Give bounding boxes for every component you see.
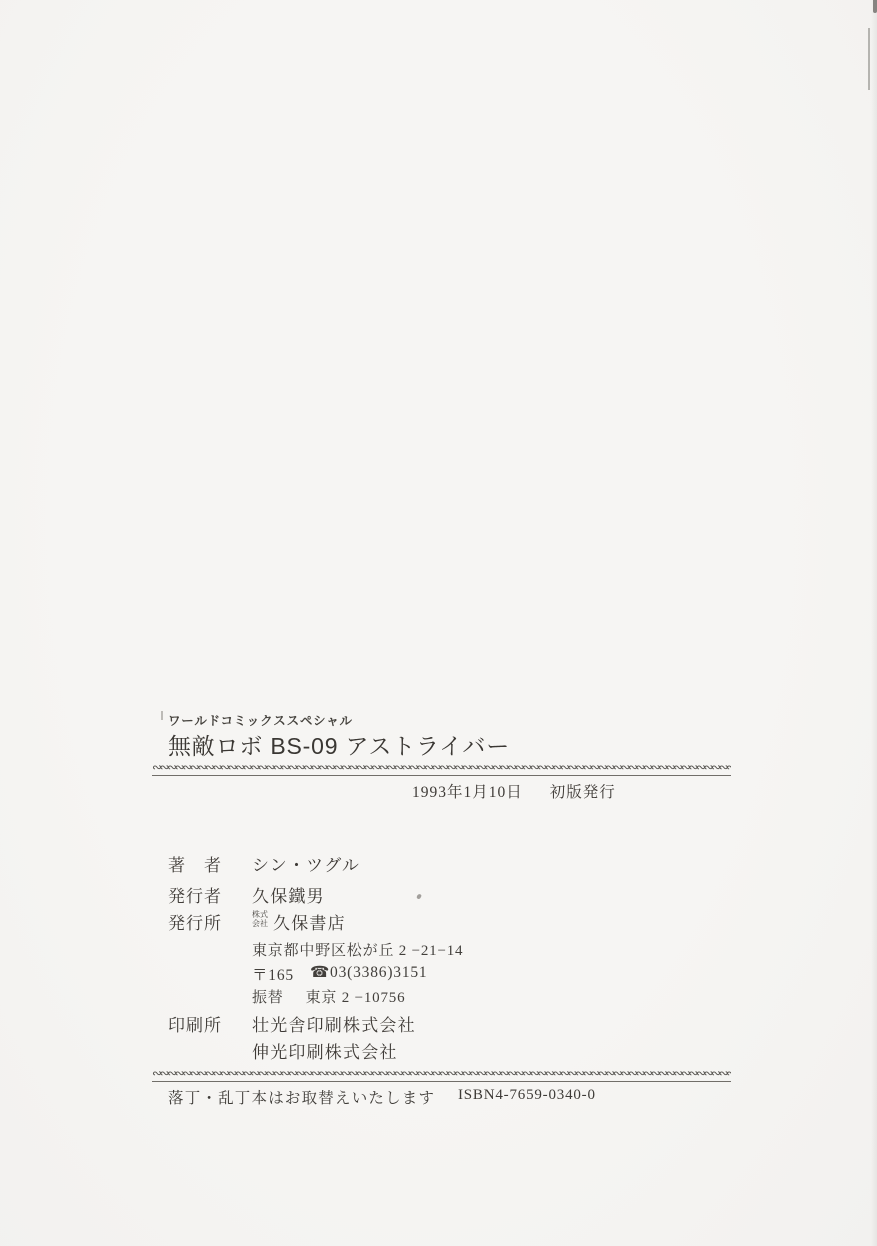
ornament-rule-top: ∾∾∾∾∾∾∾∾∾∾∾∾∾∾∾∾∾∾∾∾∾∾∾∾∾∾∾∾∾∾∾∾∾∾∾∾∾∾∾∾… bbox=[152, 761, 731, 776]
isbn-number: ISBN4-7659-0340-0 bbox=[458, 1087, 596, 1104]
publisher-label: 発行所 bbox=[168, 909, 222, 934]
scan-corner-artifact bbox=[873, 0, 877, 13]
postal-phone-line: 〒165 ☎03(3386)3151 bbox=[252, 963, 427, 985]
book-colophon-page: ワールドコミックススペシャル 無敵ロボ BS-09 アストライバー ∾∾∾∾∾∾… bbox=[0, 0, 877, 1246]
transfer-account: 東京 2 −10756 bbox=[306, 986, 406, 1007]
defect-exchange-notice: 落丁・乱丁本はお取替えいたします bbox=[168, 1086, 435, 1108]
postal-code: 〒165 bbox=[252, 963, 294, 985]
transfer-line: 振替 東京 2 −10756 bbox=[252, 986, 405, 1007]
edition-label: 初版発行 bbox=[550, 780, 616, 802]
printer-name-1: 壮光舎印刷株式会社 bbox=[252, 1011, 416, 1036]
issuer-label: 発行者 bbox=[168, 882, 222, 907]
publisher-address: 東京都中野区松が丘 2 −21−14 bbox=[252, 939, 463, 960]
issuer-name: 久保鐵男 bbox=[252, 882, 325, 907]
author-name: シン・ツグル bbox=[252, 851, 360, 876]
phone-number: ☎03(3386)3151 bbox=[310, 963, 428, 985]
ornament-chain: ∾∾∾∾∾∾∾∾∾∾∾∾∾∾∾∾∾∾∾∾∾∾∾∾∾∾∾∾∾∾∾∾∾∾∾∾∾∾∾∾… bbox=[152, 761, 731, 773]
publication-date: 1993年1月10日 bbox=[412, 780, 523, 802]
ink-speck bbox=[416, 893, 422, 899]
ink-speck bbox=[161, 711, 163, 720]
book-title: 無敵ロボ BS-09 アストライバー bbox=[168, 728, 510, 761]
publication-date-line: 1993年1月10日 初版発行 bbox=[412, 780, 616, 802]
ornament-rule-bottom: ∾∾∾∾∾∾∾∾∾∾∾∾∾∾∾∾∾∾∾∾∾∾∾∾∾∾∾∾∾∾∾∾∾∾∾∾∾∾∾∾… bbox=[152, 1067, 731, 1082]
series-title: ワールドコミックススペシャル bbox=[168, 711, 353, 729]
scan-edge-line bbox=[868, 28, 870, 90]
publisher-name: 久保書店 bbox=[273, 909, 346, 934]
author-label: 著 者 bbox=[168, 851, 222, 876]
transfer-label: 振替 bbox=[252, 986, 284, 1007]
kabushiki-kaisha-stack: 株式 会社 bbox=[252, 911, 268, 928]
ornament-chain: ∾∾∾∾∾∾∾∾∾∾∾∾∾∾∾∾∾∾∾∾∾∾∾∾∾∾∾∾∾∾∾∾∾∾∾∾∾∾∾∾… bbox=[152, 1067, 731, 1079]
printer-label: 印刷所 bbox=[168, 1011, 222, 1036]
scan-edge-shade bbox=[871, 0, 877, 1246]
printer-name-2: 伸光印刷株式会社 bbox=[252, 1038, 398, 1063]
kabushiki-kaisha-bottom: 会社 bbox=[252, 920, 268, 929]
